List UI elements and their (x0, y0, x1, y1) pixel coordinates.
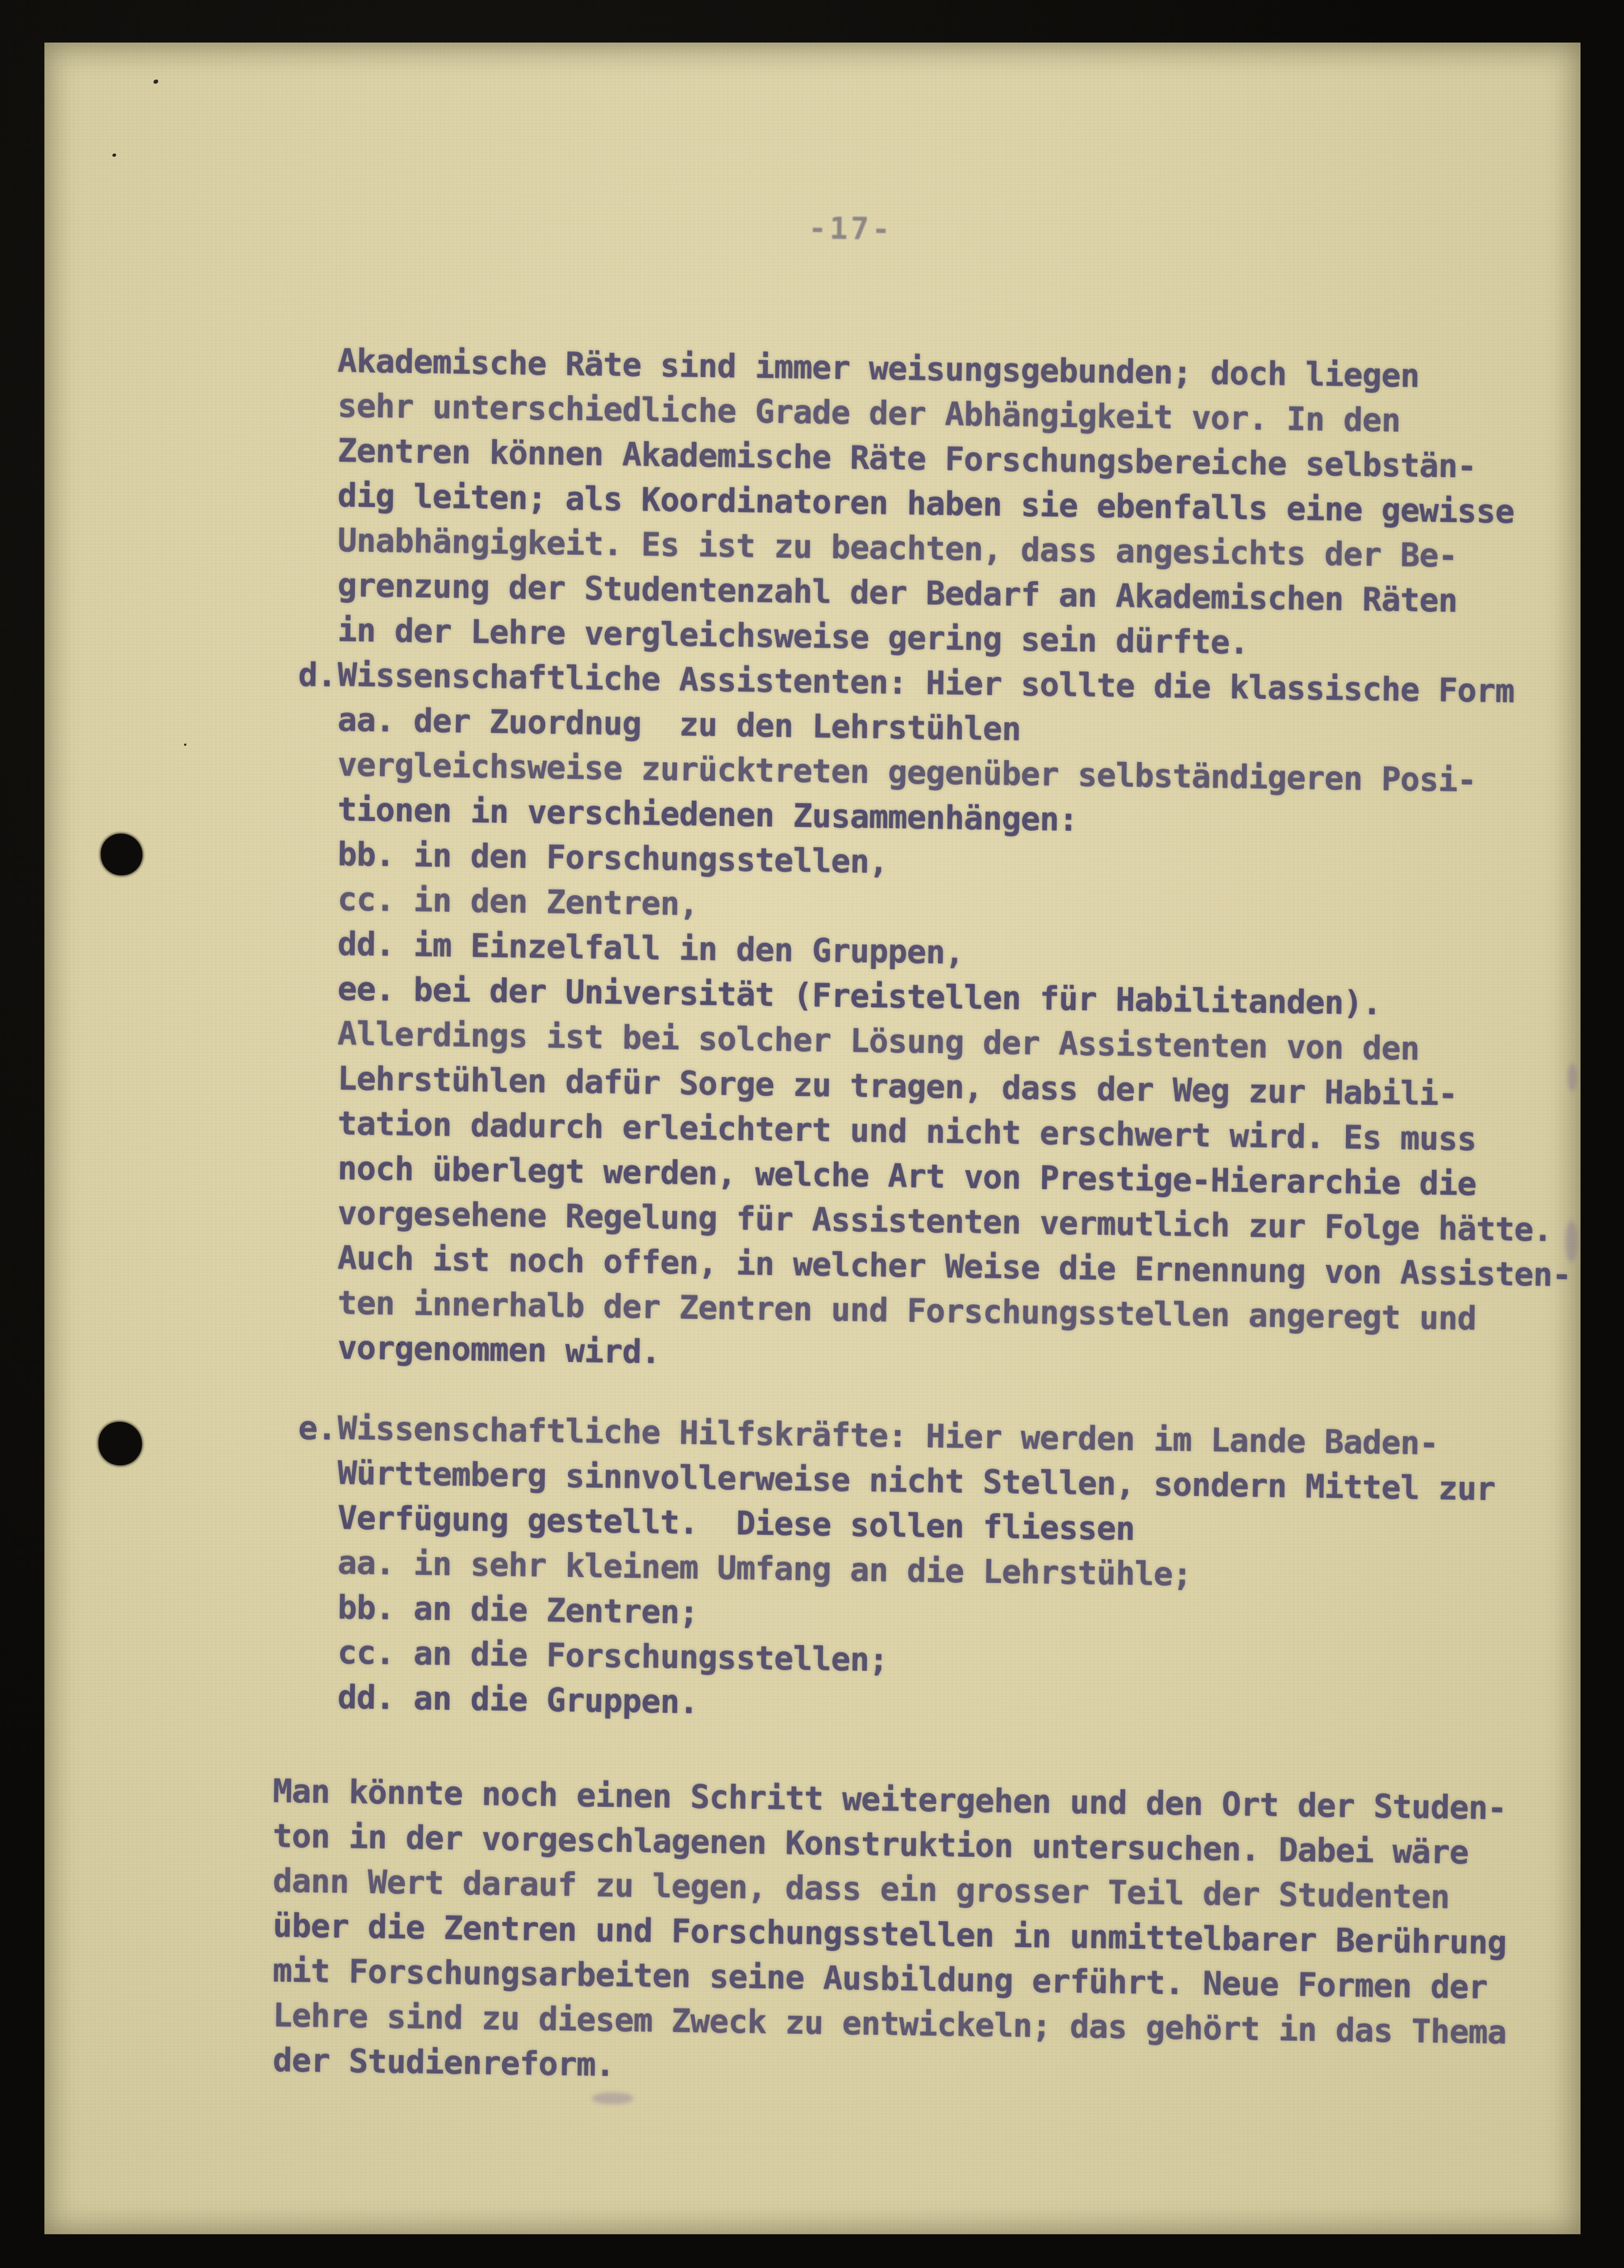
paper-speck (184, 744, 186, 746)
typed-line: über die Zentren und Forschungsstellen i… (273, 1909, 1507, 1959)
list-marker: d. (298, 658, 337, 691)
typed-line: tation dadurch erleichtert und nicht ers… (338, 1107, 1476, 1155)
typed-line: bb. an die Zentren; (338, 1591, 699, 1629)
typed-line: aa. der Zuordnug zu den Lehrstühlen (338, 703, 1021, 745)
typed-line: cc. in den Zentren, (338, 883, 699, 920)
typed-line: noch überlegt werden, welche Art von Pre… (338, 1152, 1476, 1200)
typed-line: bb. in den Forschungsstellen, (338, 838, 888, 878)
ink-smudge (592, 2092, 634, 2104)
typed-line: dd. an die Gruppen. (338, 1681, 699, 1718)
typed-line: Unabhängigkeit. Es ist zu beachten, dass… (338, 524, 1458, 572)
typed-line: in der Lehre vergleichsweise gering sein… (338, 614, 1249, 659)
typed-line: vergleichsweise zurücktreten gegenüber s… (338, 748, 1476, 796)
typed-line: ee. bei der Universität (Freistellen für… (338, 972, 1382, 1020)
punch-hole (101, 834, 142, 875)
typed-line: Lehre sind zu diesem Zweck zu entwickeln… (273, 1999, 1507, 2048)
typed-line: ten innerhalb der Zentren und Forschungs… (338, 1286, 1476, 1334)
typed-line: sehr unterschiedliche Grade der Abhängig… (338, 389, 1401, 436)
typed-line: Allerdings ist bei solcher Lösung der As… (338, 1017, 1420, 1065)
typed-text-layer: -17- Akademische Räte sind immer weisung… (0, 0, 1624, 2268)
typed-line: Wissenschaftliche Hilfskräfte: Hier werd… (338, 1412, 1439, 1459)
typed-line: Man könnte noch einen Schritt weitergehe… (273, 1775, 1507, 1824)
typed-line: Auch ist noch offen, in welcher Weise di… (338, 1242, 1572, 1291)
typed-line: mit Forschungsarbeiten seine Ausbildung … (273, 1954, 1488, 2004)
typed-line: Akademische Räte sind immer weisungsgebu… (338, 344, 1420, 392)
ink-smudge (1565, 1221, 1577, 1262)
typed-line: dd. im Einzelfall in den Gruppen, (338, 928, 964, 969)
typed-line: dann Wert darauf zu legen, dass ein gros… (273, 1864, 1450, 1913)
typed-line: dig leiten; als Koordinatoren haben sie … (338, 479, 1514, 528)
typed-line: der Studienreform. (273, 2044, 615, 2081)
scan-background: -17- Akademische Räte sind immer weisung… (0, 0, 1624, 2268)
typed-line: Lehrstühlen dafür Sorge zu tragen, dass … (338, 1062, 1458, 1110)
paper-speck (398, 1343, 400, 1346)
typed-line: aa. in sehr kleinem Umfang an die Lehrst… (338, 1546, 1192, 1591)
typed-line: vorgenommen wird. (338, 1331, 661, 1368)
typed-line: Zentren können Akademische Räte Forschun… (338, 434, 1476, 482)
typed-line: grenzung der Studentenzahl der Bedarf an… (338, 569, 1458, 617)
typed-line: vorgesehene Regelung für Assistenten ver… (338, 1197, 1553, 1246)
typed-line: Wissenschaftliche Assistenten: Hier soll… (338, 658, 1514, 707)
typed-line: Verfügung gestellt. Diese sollen fliesse… (338, 1501, 1135, 1545)
page-number: -17- (808, 213, 893, 245)
ink-smudge (1568, 1063, 1577, 1091)
punch-hole (98, 1422, 142, 1465)
typed-line: tionen in verschiedenen Zusammenhängen: (338, 793, 1078, 836)
typed-line: cc. an die Forschungsstellen; (338, 1636, 888, 1676)
typed-line: ton in der vorgeschlagenen Konstruktion … (273, 1819, 1469, 1868)
list-marker: e. (298, 1412, 337, 1444)
typed-line: Württemberg sinnvollerweise nicht Stelle… (338, 1457, 1495, 1505)
